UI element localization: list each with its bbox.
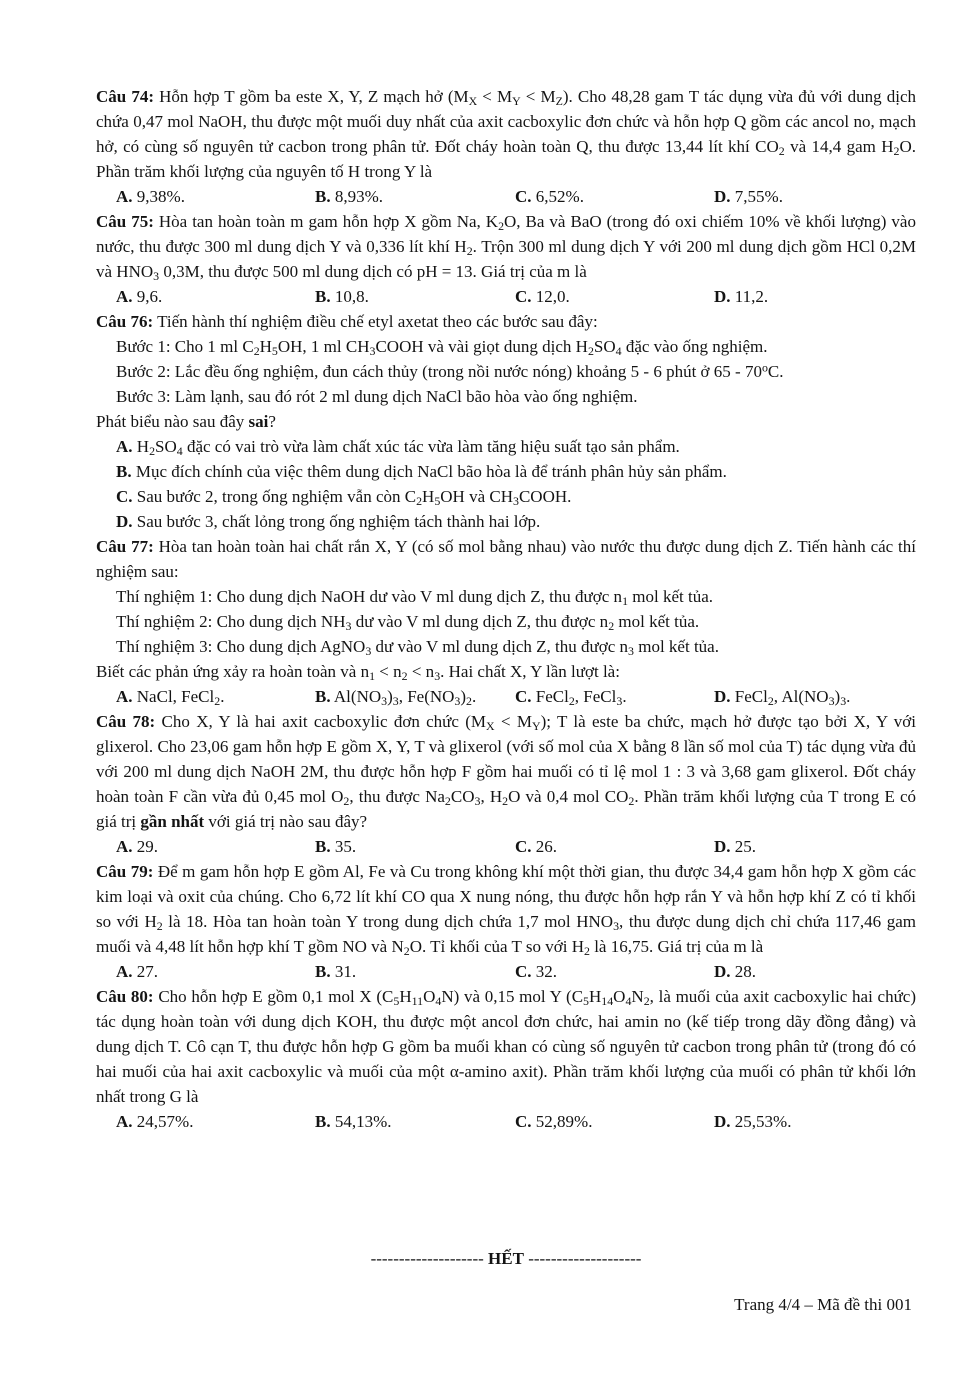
question-76-option-B: B. Mục đích chính của việc thêm dung dịc… [96,459,916,484]
question-79-label: Câu 79: [96,862,153,881]
question-76-text-2: Bước 2: Lắc đều ống nghiệm, đun cách thủ… [116,362,784,381]
question-76-line-0: Câu 76: Tiến hành thí nghiệm điều chế et… [96,309,916,334]
option-text: 54,13%. [335,1112,392,1131]
question-79-options: A. 27.B. 31.C. 32.D. 28. [96,959,916,984]
option-text: 12,0. [536,287,570,306]
question-77-text-3: Thí nghiệm 3: Cho dung dịch AgNO3 dư vào… [116,637,719,656]
option-letter: B. [315,837,331,856]
question-80-option-D: D. 25,53%. [714,1109,916,1134]
question-78-label: Câu 78: [96,712,155,731]
option-letter: A. [116,837,133,856]
option-letter: D. [116,512,133,531]
question-78-options: A. 29.B. 35.C. 26.D. 25. [96,834,916,859]
question-74: Câu 74: Hỗn hợp T gồm ba este X, Y, Z mạ… [96,84,916,209]
question-74-text-0: Hỗn hợp T gồm ba este X, Y, Z mạch hở (M… [96,87,916,181]
question-79-option-B: B. 31. [315,959,515,984]
option-letter: A. [116,687,133,706]
option-text: 11,2. [735,287,768,306]
question-77-line-0: Câu 77: Hòa tan hoàn toàn hai chất rắn X… [96,534,916,584]
question-75-label: Câu 75: [96,212,154,231]
question-77: Câu 77: Hòa tan hoàn toàn hai chất rắn X… [96,534,916,709]
option-letter: D. [714,687,731,706]
question-77-line-4: Biết các phản ứng xảy ra hoàn toàn và n1… [96,659,916,684]
question-77-option-A: A. NaCl, FeCl2. [116,684,315,709]
option-text: NaCl, FeCl2. [137,687,225,706]
option-letter: A. [116,1112,133,1131]
question-77-text-4: Biết các phản ứng xảy ra hoàn toàn và n1… [96,662,620,681]
question-74-option-D: D. 7,55%. [714,184,916,209]
option-text: 25. [735,837,756,856]
option-text: 27. [137,962,158,981]
question-74-label: Câu 74: [96,87,154,106]
question-79-line-0: Câu 79: Để m gam hỗn hợp E gồm Al, Fe và… [96,859,916,959]
question-77-text-0: Hòa tan hoàn toàn hai chất rắn X, Y (có … [96,537,916,581]
question-80: Câu 80: Cho hỗn hợp E gồm 0,1 mol X (C5H… [96,984,916,1134]
end-of-exam-divider: -------------------- HẾT ---------------… [96,1246,916,1271]
question-77-text-1: Thí nghiệm 1: Cho dung dịch NaOH dư vào … [116,587,713,606]
option-letter: C. [515,287,532,306]
option-letter: B. [315,1112,331,1131]
question-75-option-D: D. 11,2. [714,284,916,309]
question-75-option-B: B. 10,8. [315,284,515,309]
option-text: 28. [735,962,756,981]
option-letter: D. [714,287,731,306]
question-78-option-A: A. 29. [116,834,315,859]
option-text: 7,55%. [735,187,783,206]
question-79: Câu 79: Để m gam hỗn hợp E gồm Al, Fe và… [96,859,916,984]
question-74-options: A. 9,38%.B. 8,93%.C. 6,52%.D. 7,55%. [96,184,916,209]
option-text: Sau bước 3, chất lỏng trong ống nghiệm t… [137,512,540,531]
question-80-line-0: Câu 80: Cho hỗn hợp E gồm 0,1 mol X (C5H… [96,984,916,1109]
option-letter: B. [315,962,331,981]
question-78-option-D: D. 25. [714,834,916,859]
question-77-line-1: Thí nghiệm 1: Cho dung dịch NaOH dư vào … [96,584,916,609]
option-letter: C. [515,187,532,206]
option-letter: D. [714,837,731,856]
exam-questions-area: Câu 74: Hỗn hợp T gồm ba este X, Y, Z mạ… [96,84,916,1134]
option-text: FeCl2, FeCl3. [536,687,627,706]
option-letter: D. [714,962,731,981]
question-77-label: Câu 77: [96,537,154,556]
option-text: FeCl2, Al(NO3)3. [735,687,851,706]
question-76-text-0: Tiến hành thí nghiệm điều chế etyl axeta… [157,312,598,331]
option-letter: C. [515,837,532,856]
question-74-option-B: B. 8,93%. [315,184,515,209]
question-75: Câu 75: Hòa tan hoàn toàn m gam hỗn hợp … [96,209,916,309]
question-77-options: A. NaCl, FeCl2.B. Al(NO3)3, Fe(NO3)2.C. … [96,684,916,709]
question-76-option-C: C. Sau bước 2, trong ống nghiệm vẫn còn … [96,484,916,509]
option-text: Al(NO3)3, Fe(NO3)2. [334,687,476,706]
question-79-option-A: A. 27. [116,959,315,984]
option-letter: A. [116,187,133,206]
option-letter: C. [515,687,532,706]
option-text: H2SO4 đặc có vai trò vừa làm chất xúc tá… [137,437,680,456]
option-text: 29. [137,837,158,856]
option-letter: B. [116,462,132,481]
question-77-option-B: B. Al(NO3)3, Fe(NO3)2. [315,684,515,709]
question-75-text-0: Hòa tan hoàn toàn m gam hỗn hợp X gồm Na… [96,212,916,281]
question-74-line-0: Câu 74: Hỗn hợp T gồm ba este X, Y, Z mạ… [96,84,916,184]
question-76-text-3: Bước 3: Làm lạnh, sau đó rót 2 ml dung d… [116,387,638,406]
option-text: 31. [335,962,356,981]
question-76-line-3: Bước 3: Làm lạnh, sau đó rót 2 ml dung d… [96,384,916,409]
question-77-text-2: Thí nghiệm 2: Cho dung dịch NH3 dư vào V… [116,612,699,631]
question-75-option-A: A. 9,6. [116,284,315,309]
option-text: 9,6. [137,287,163,306]
question-76-line-4: Phát biểu nào sau đây sai? [96,409,916,434]
question-78-option-C: C. 26. [515,834,714,859]
option-text: 52,89%. [536,1112,593,1131]
option-text: 8,93%. [335,187,383,206]
question-75-line-0: Câu 75: Hòa tan hoàn toàn m gam hỗn hợp … [96,209,916,284]
question-78-option-B: B. 35. [315,834,515,859]
option-text: 24,57%. [137,1112,194,1131]
option-letter: B. [315,287,331,306]
option-text: 25,53%. [735,1112,792,1131]
question-76-line-2: Bước 2: Lắc đều ống nghiệm, đun cách thủ… [96,359,916,384]
question-80-label: Câu 80: [96,987,154,1006]
question-76-label: Câu 76: [96,312,153,331]
option-letter: A. [116,287,133,306]
question-75-option-C: C. 12,0. [515,284,714,309]
option-letter: D. [714,187,731,206]
question-80-option-C: C. 52,89%. [515,1109,714,1134]
question-78: Câu 78: Cho X, Y là hai axit cacboxylic … [96,709,916,859]
option-letter: D. [714,1112,731,1131]
question-79-option-C: C. 32. [515,959,714,984]
option-text: 9,38%. [137,187,185,206]
question-75-options: A. 9,6.B. 10,8.C. 12,0.D. 11,2. [96,284,916,309]
option-letter: C. [116,487,133,506]
option-letter: B. [315,687,331,706]
exam-document-page: Câu 74: Hỗn hợp T gồm ba este X, Y, Z mạ… [0,0,980,1386]
option-letter: C. [515,962,532,981]
question-80-text-0: Cho hỗn hợp E gồm 0,1 mol X (C5H11O4N) v… [96,987,916,1106]
question-74-option-C: C. 6,52%. [515,184,714,209]
option-text: Mục đích chính của việc thêm dung dịch N… [136,462,727,481]
option-text: 26. [536,837,557,856]
question-77-line-3: Thí nghiệm 3: Cho dung dịch AgNO3 dư vào… [96,634,916,659]
question-80-options: A. 24,57%.B. 54,13%.C. 52,89%.D. 25,53%. [96,1109,916,1134]
question-79-option-D: D. 28. [714,959,916,984]
question-76-line-1: Bước 1: Cho 1 ml C2H5OH, 1 ml CH3COOH và… [96,334,916,359]
option-text: 10,8. [335,287,369,306]
option-letter: B. [315,187,331,206]
question-79-text-0: Để m gam hỗn hợp E gồm Al, Fe và Cu tron… [96,862,916,956]
question-80-option-A: A. 24,57%. [116,1109,315,1134]
question-80-option-B: B. 54,13%. [315,1109,515,1134]
question-77-line-2: Thí nghiệm 2: Cho dung dịch NH3 dư vào V… [96,609,916,634]
question-76: Câu 76: Tiến hành thí nghiệm điều chế et… [96,309,916,534]
page-number-and-exam-code: Trang 4/4 – Mã đề thi 001 [734,1292,912,1317]
question-78-text-0: Cho X, Y là hai axit cacboxylic đơn chức… [96,712,916,831]
option-text: 35. [335,837,356,856]
option-text: Sau bước 2, trong ống nghiệm vẫn còn C2H… [137,487,572,506]
option-text: 32. [536,962,557,981]
question-77-option-D: D. FeCl2, Al(NO3)3. [714,684,916,709]
option-letter: C. [515,1112,532,1131]
option-letter: A. [116,962,133,981]
question-74-option-A: A. 9,38%. [116,184,315,209]
question-78-line-0: Câu 78: Cho X, Y là hai axit cacboxylic … [96,709,916,834]
option-letter: A. [116,437,133,456]
question-76-text-4: Phát biểu nào sau đây sai? [96,412,276,431]
question-77-option-C: C. FeCl2, FeCl3. [515,684,714,709]
question-76-option-D: D. Sau bước 3, chất lỏng trong ống nghiệ… [96,509,916,534]
option-text: 6,52%. [536,187,584,206]
question-76-option-A: A. H2SO4 đặc có vai trò vừa làm chất xúc… [96,434,916,459]
question-76-text-1: Bước 1: Cho 1 ml C2H5OH, 1 ml CH3COOH và… [116,337,767,356]
